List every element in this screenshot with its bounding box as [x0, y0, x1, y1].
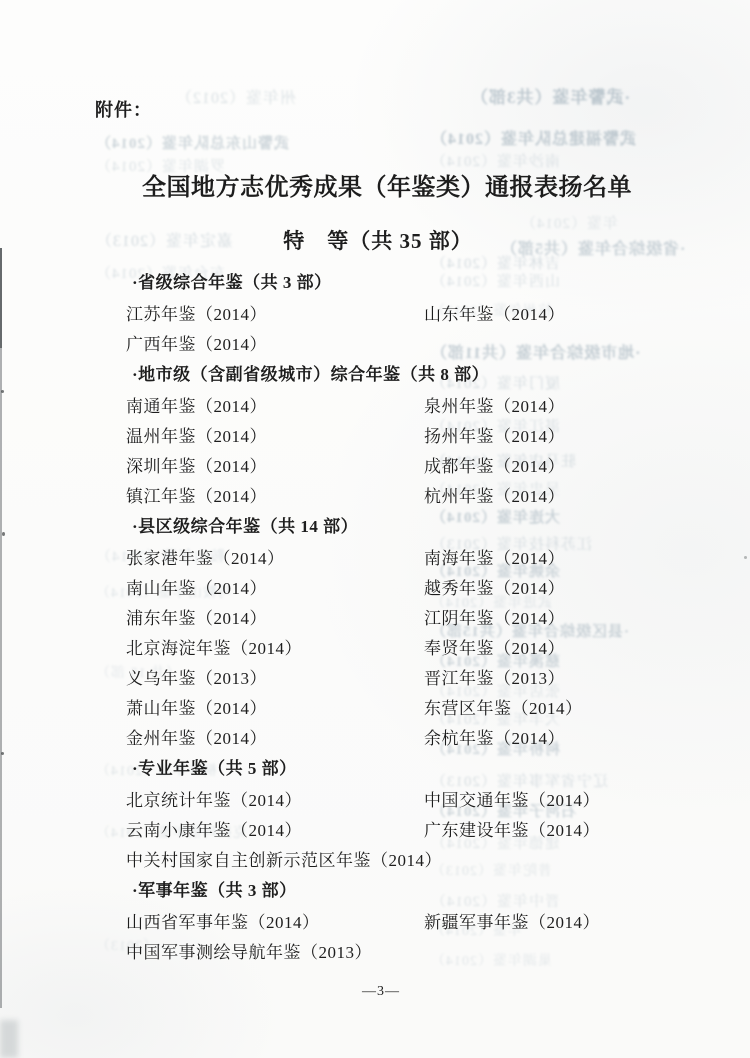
yearbook-row: 山西省军事年鉴（2014）新疆军事年鉴（2014）: [126, 914, 706, 932]
bleedthrough-text: 武警山东总队年鉴（2014）: [95, 132, 289, 153]
yearbook-entry: 南山年鉴（2014）: [126, 580, 267, 598]
yearbook-entry: 山东年鉴（2014）: [424, 306, 565, 324]
section-heading: ·专业年鉴（共 5 部）: [132, 760, 706, 778]
yearbook-entry: 晋江年鉴（2013）: [424, 670, 565, 688]
yearbook-entry: 越秀年鉴（2014）: [424, 580, 565, 598]
yearbook-entry: 扬州年鉴（2014）: [424, 428, 565, 446]
yearbook-row: 深圳年鉴（2014）成都年鉴（2014）: [126, 458, 706, 476]
scan-speck: [744, 556, 747, 559]
section-heading: ·军事年鉴（共 3 部）: [132, 882, 706, 900]
yearbook-row: 金州年鉴（2014）余杭年鉴（2014）: [126, 730, 706, 748]
section-heading: ·县区级综合年鉴（共 14 部）: [132, 518, 706, 536]
bleedthrough-text: ·武警年鉴（共3部）: [470, 83, 630, 108]
yearbook-row: 北京海淀年鉴（2014）奉贤年鉴（2014）: [126, 640, 706, 658]
yearbook-row: 浦东年鉴（2014）江阴年鉴（2014）: [126, 610, 706, 628]
yearbook-entry: 镇江年鉴（2014）: [126, 488, 267, 506]
yearbook-entry: 中关村国家自主创新示范区年鉴（2014）: [126, 852, 442, 870]
attachment-label: 附件：: [95, 96, 152, 122]
section-heading: ·地市级（含副省级城市）综合年鉴（共 8 部）: [132, 366, 706, 384]
bleedthrough-text: 吉林年鉴（2014）: [430, 252, 560, 273]
yearbook-entry: 奉贤年鉴（2014）: [424, 640, 565, 658]
scan-speck: [1, 752, 4, 755]
yearbook-row: 中关村国家自主创新示范区年鉴（2014）: [126, 852, 706, 870]
yearbook-entry: 江苏年鉴（2014）: [126, 306, 267, 324]
yearbook-entry: 南海年鉴（2014）: [424, 550, 565, 568]
yearbook-entry: 新疆军事年鉴（2014）: [424, 914, 600, 932]
bleedthrough-text: 武警福建总队年鉴（2014）: [430, 126, 636, 149]
yearbook-row: 张家港年鉴（2014）南海年鉴（2014）: [126, 550, 706, 568]
yearbook-entry: 中国交通年鉴（2014）: [424, 792, 600, 810]
scanned-document-page: ·武警年鉴（共3部）州年鉴（2012）武警福建总队年鉴（2014）武警山东总队年…: [0, 0, 750, 1058]
yearbook-entry: 成都年鉴（2014）: [424, 458, 565, 476]
yearbook-entry: 泉州年鉴（2014）: [424, 398, 565, 416]
yearbook-row: 中国军事测绘导航年鉴（2013）: [126, 944, 706, 962]
yearbook-entry: 义乌年鉴（2013）: [126, 670, 267, 688]
yearbook-row: 镇江年鉴（2014）杭州年鉴（2014）: [126, 488, 706, 506]
yearbook-row: 萧山年鉴（2014）东营区年鉴（2014）: [126, 700, 706, 718]
yearbook-entry: 温州年鉴（2014）: [126, 428, 267, 446]
scan-smudge: [0, 1020, 18, 1058]
scan-edge-line: [0, 248, 2, 348]
yearbook-entry: 深圳年鉴（2014）: [126, 458, 267, 476]
section-heading: ·省级综合年鉴（共 3 部）: [132, 274, 706, 292]
yearbook-entry: 杭州年鉴（2014）: [424, 488, 565, 506]
yearbook-row: 云南小康年鉴（2014）广东建设年鉴（2014）: [126, 822, 706, 840]
yearbook-entry: 广东建设年鉴（2014）: [424, 822, 600, 840]
yearbook-entry: 萧山年鉴（2014）: [126, 700, 267, 718]
yearbook-row: 义乌年鉴（2013）晋江年鉴（2013）: [126, 670, 706, 688]
yearbook-entry: 金州年鉴（2014）: [126, 730, 267, 748]
yearbook-entry: 北京统计年鉴（2014）: [126, 792, 302, 810]
yearbook-row: 南山年鉴（2014）越秀年鉴（2014）: [126, 580, 706, 598]
grade-heading: 特 等（共 35 部）: [3, 225, 750, 255]
yearbook-entry: 南通年鉴（2014）: [126, 398, 267, 416]
yearbook-row: 温州年鉴（2014）扬州年鉴（2014）: [126, 428, 706, 446]
page-number: —3—: [6, 984, 750, 1000]
yearbook-entry: 山西省军事年鉴（2014）: [126, 914, 320, 932]
yearbook-entry: 北京海淀年鉴（2014）: [126, 640, 302, 658]
yearbook-list: ·省级综合年鉴（共 3 部）江苏年鉴（2014）山东年鉴（2014）广西年鉴（2…: [126, 274, 706, 974]
yearbook-row: 北京统计年鉴（2014）中国交通年鉴（2014）: [126, 792, 706, 810]
yearbook-entry: 中国军事测绘导航年鉴（2013）: [126, 944, 372, 962]
yearbook-entry: 张家港年鉴（2014）: [126, 550, 285, 568]
document-title: 全国地方志优秀成果（年鉴类）通报表扬名单: [12, 167, 750, 202]
yearbook-entry: 云南小康年鉴（2014）: [126, 822, 302, 840]
yearbook-row: 江苏年鉴（2014）山东年鉴（2014）: [126, 306, 706, 324]
yearbook-row: 南通年鉴（2014）泉州年鉴（2014）: [126, 398, 706, 416]
scan-edge-line: [0, 348, 2, 1008]
yearbook-row: 广西年鉴（2014）: [126, 336, 706, 354]
bleedthrough-text: 州年鉴（2012）: [175, 85, 296, 108]
yearbook-entry: 广西年鉴（2014）: [126, 336, 267, 354]
scan-speck: [2, 532, 5, 536]
yearbook-entry: 东营区年鉴（2014）: [424, 700, 583, 718]
yearbook-entry: 浦东年鉴（2014）: [126, 610, 267, 628]
yearbook-entry: 余杭年鉴（2014）: [424, 730, 565, 748]
scan-speck: [1, 390, 4, 393]
yearbook-entry: 江阴年鉴（2014）: [424, 610, 565, 628]
